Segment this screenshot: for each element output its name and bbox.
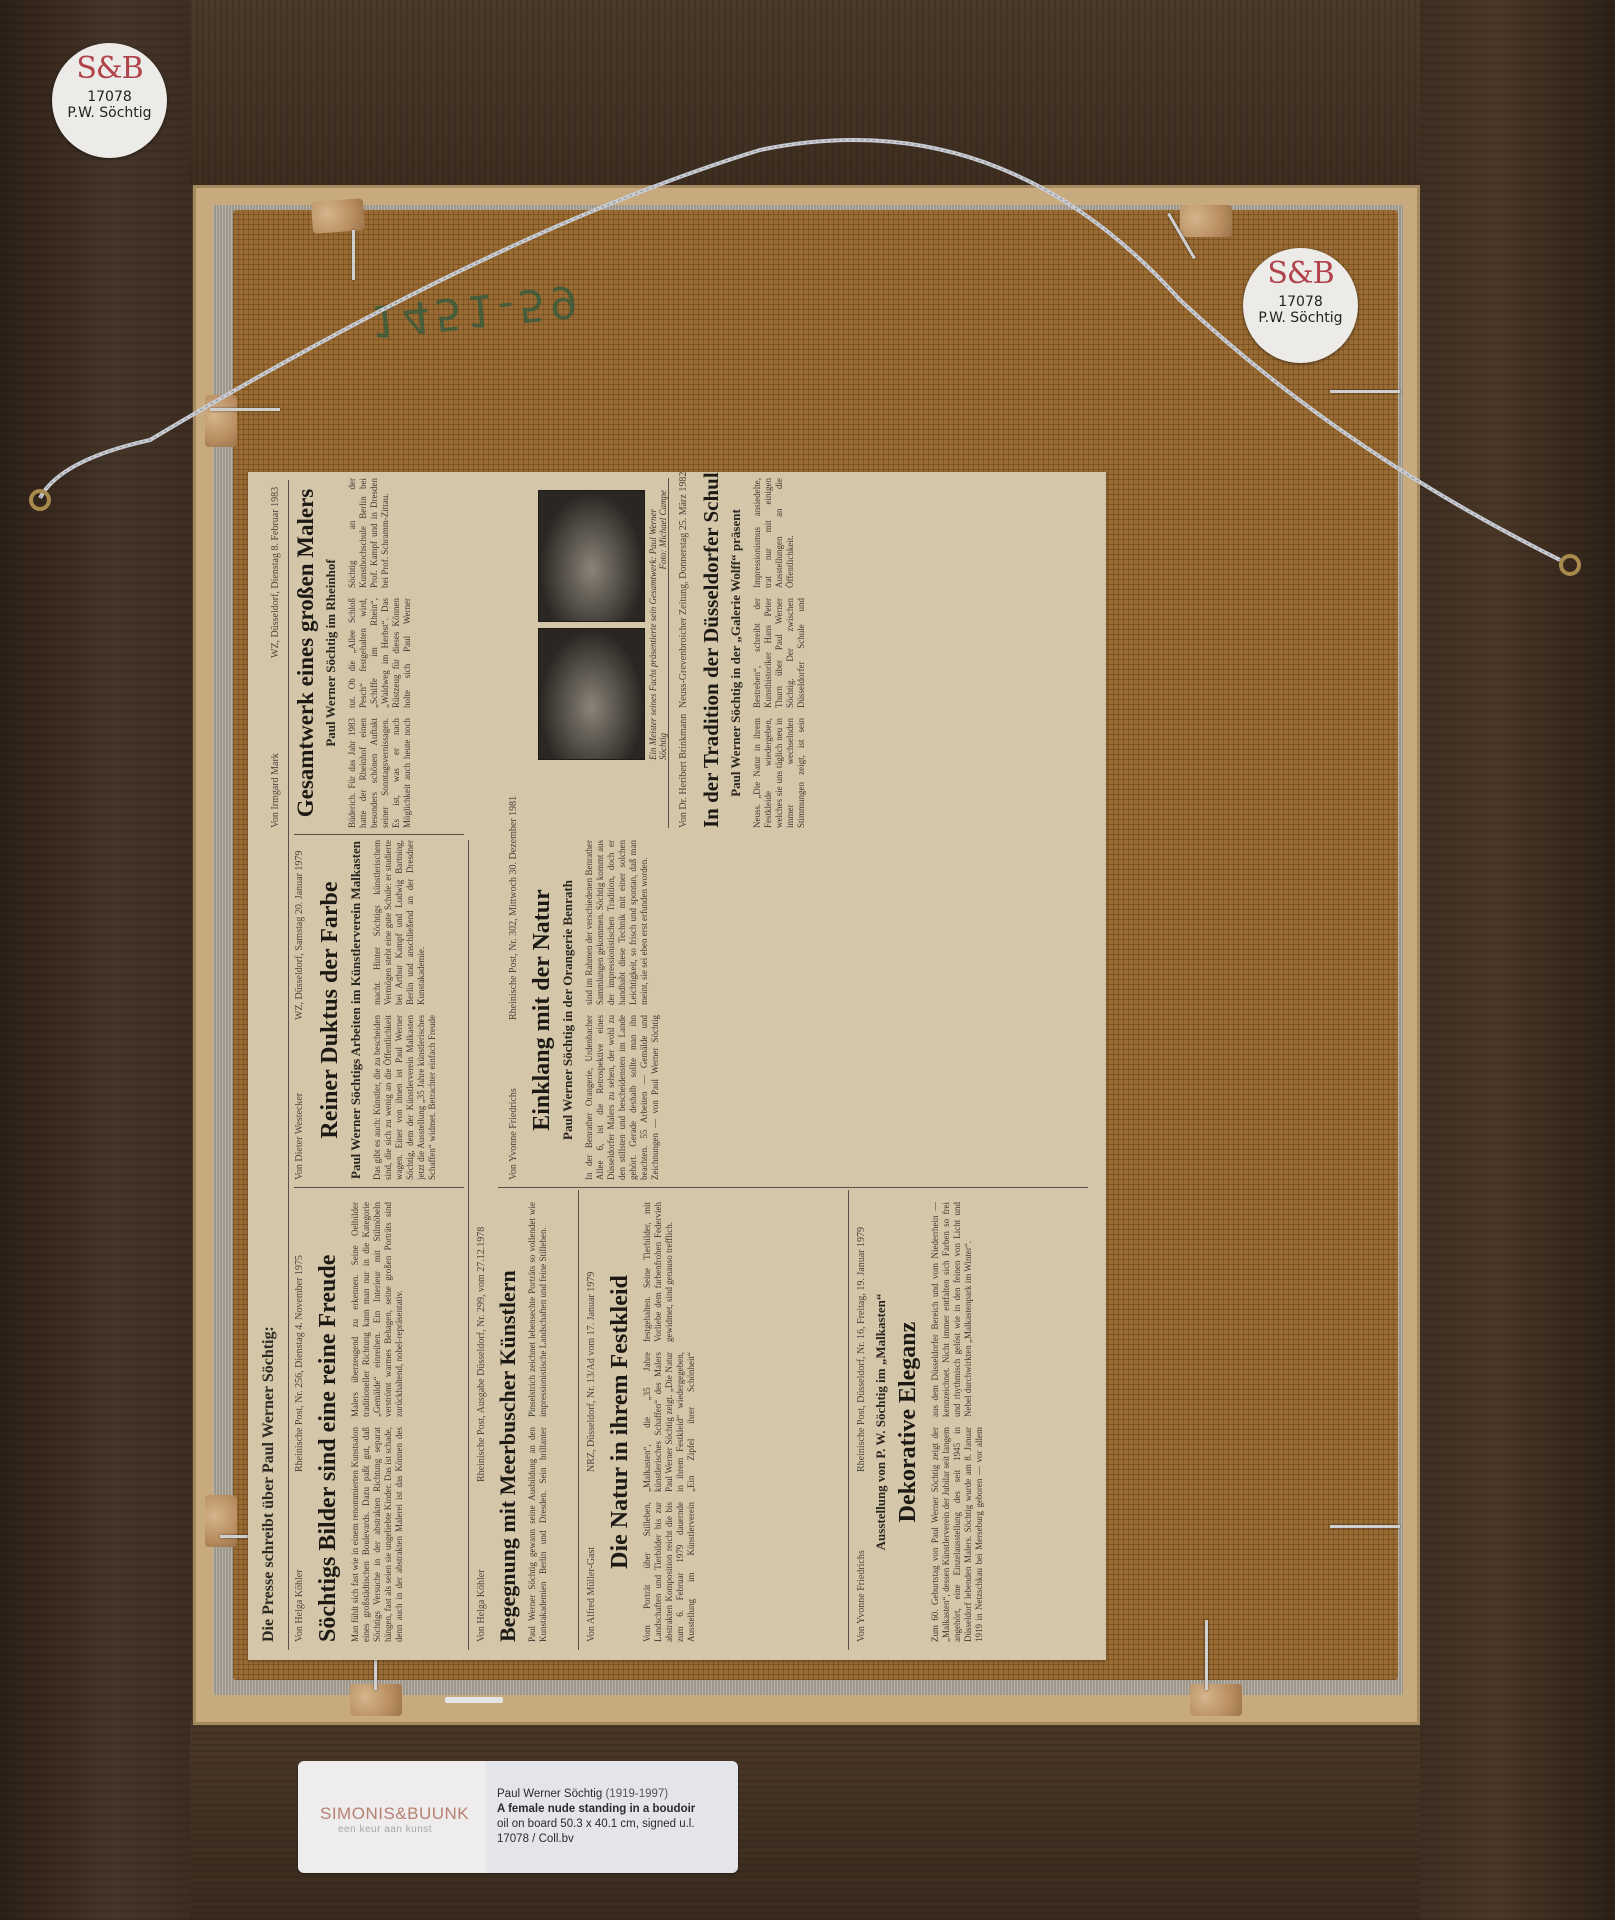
d-ring-left — [31, 491, 49, 509]
artwork-medium: oil on board 50.3 x 40.1 cm, signed u.l. — [497, 1817, 695, 1832]
artist-dates: (1919-1997) — [605, 1788, 668, 1800]
gallery-tagline: een keur aan kunst — [338, 1824, 432, 1835]
hanging-wire — [0, 0, 1615, 1920]
label-brand-panel: SIMONIS&BUUNK een keur aan kunst — [298, 1761, 486, 1873]
gallery-brand: SIMONIS&BUUNK — [320, 1804, 469, 1824]
artwork-title: A female nude standing in a boudoir — [497, 1802, 695, 1817]
artist-name: Paul Werner Söchtig — [497, 1788, 602, 1800]
d-ring-right — [1561, 556, 1579, 574]
artwork-info: Paul Werner Söchtig (1919-1997) A female… — [497, 1787, 695, 1847]
gallery-label: SIMONIS&BUUNK een keur aan kunst Paul We… — [298, 1761, 738, 1873]
inventory-number: 17078 / Coll.bv — [497, 1832, 695, 1847]
